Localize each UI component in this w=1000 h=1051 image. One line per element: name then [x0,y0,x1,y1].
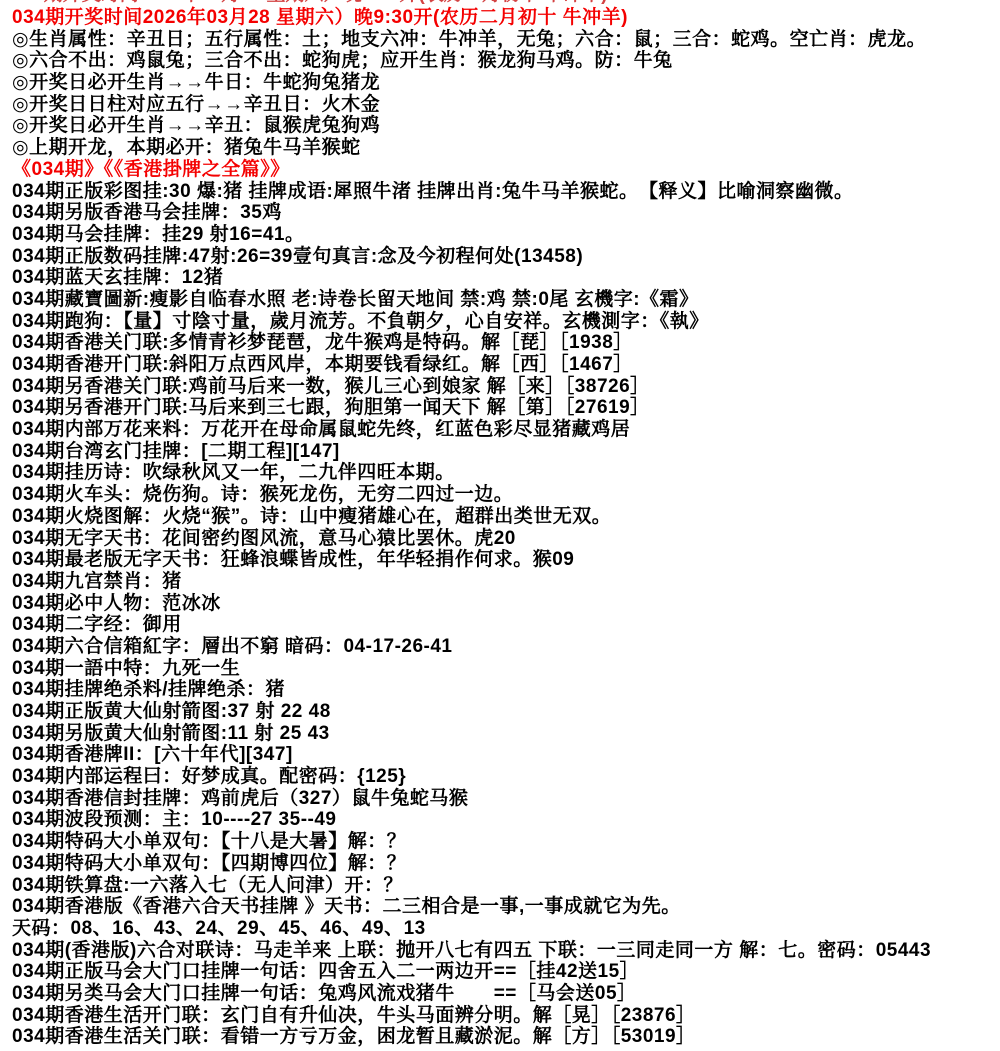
text-line: 034期二字经：御用 [12,614,1000,636]
text-line: ◎上期开龙，本期必开：猪兔牛马羊猴蛇 [12,137,1000,159]
text-line: 034期必中人物：范冰冰 [12,593,1000,615]
clipped-previous-line: 034期开奖时间2026年03月28 星期六）晚9:30开(农历二月初十 牛冲羊… [0,0,1000,7]
text-line: 034期铁算盘:一六落入七（无人问津）开：？ [12,875,1000,897]
text-line: 034期香港牌II：[六十年代][347] [12,744,1000,766]
text-line: 034期挂牌绝杀料/挂牌绝杀：猪 [12,679,1000,701]
text-line: 034期正版数码挂牌:47射:26=39壹句真言:念及今初程何处(13458) [12,246,1000,268]
text-line: 034期波段预测：主：10----27 35--49 [12,809,1000,831]
text-line: 034期香港版《香港六合天书挂牌 》天书：二三相合是一事,一事成就它为先。 [12,896,1000,918]
text-line: 034期火烧图解：火烧“猴”。诗：山中瘦猪雄心在，超群出类世无双。 [12,506,1000,528]
text-line: ◎开奖日必开生肖→→牛日：牛蛇狗兔猪龙 [12,72,1000,94]
text-line: ◎生肖属性：辛丑日；五行属性：土；地支六冲：牛冲羊，无兔；六合：鼠；三合：蛇鸡。… [12,29,1000,51]
text-line: 034期开奖时间2026年03月28 星期六）晚9:30开(农历二月初十 牛冲羊… [12,7,1000,29]
text-line: 034期跑狗：【量】寸陰寸量，歲月流芳。不負朝夕，心自安祥。玄機測字：《執》 [12,311,1000,333]
text-line: 034期正版黄大仙射箭图:37 射 22 48 [12,701,1000,723]
text-line: ◎开奖日必开生肖→→辛丑：鼠猴虎兔狗鸡 [12,115,1000,137]
text-line: 034期正版马会大门口挂牌一句话：四舍五入二一两边开==［挂42送15］ [12,961,1000,983]
clipped-line-text: 034期开奖时间2026年03月28 星期六）晚9:30开(农历二月初十 牛冲羊… [0,0,1000,5]
text-line: 034期特码大小单双句：【十八是大暑】解：？ [12,831,1000,853]
lines: 034期开奖时间2026年03月28 星期六）晚9:30开(农历二月初十 牛冲羊… [0,7,1000,1048]
text-line: 034期香港生活关门联：看错一方亏万金，困龙暂且藏淤泥。解［方］［53019］ [12,1026,1000,1048]
text-line: 天码：08、16、43、24、29、45、46、49、13 [12,918,1000,940]
text-line: 034期九宫禁肖：猪 [12,571,1000,593]
text-line: 034期(香港版)六合对联诗：马走羊来 上联：抛开八七有四五 下联：一三同走同一… [12,940,1000,962]
text-line: 034期蓝天玄挂牌：12猪 [12,267,1000,289]
text-line: 034期另香港开门联:马后来到三七跟，狗胆第一闻天下 解［第］［27619］ [12,397,1000,419]
text-line: 034期另香港关门联:鸡前马后来一数，猴儿三心到娘家 解［来］［38726］ [12,376,1000,398]
text-line: 034期马会挂牌：挂29 射16=41。 [12,224,1000,246]
lottery-info-page: 034期开奖时间2026年03月28 星期六）晚9:30开(农历二月初十 牛冲羊… [0,0,1000,1051]
text-line: 034期另类马会大门口挂牌一句话：兔鸡风流戏猪牛 ==［马会送05］ [12,983,1000,1005]
text-line: ◎开奖日日柱对应五行→→辛丑日：火木金 [12,94,1000,116]
text-line: ◎六合不出：鸡鼠兔；三合不出：蛇狗虎；应开生肖：猴龙狗马鸡。防：牛兔 [12,50,1000,72]
text-line: 034期香港信封挂牌：鸡前虎后（327）鼠牛兔蛇马猴 [12,788,1000,810]
text-line: 034期香港生活开门联：玄门自有升仙决，牛头马面辨分明。解［晃］［23876］ [12,1005,1000,1027]
text-line: 034期另版香港马会挂牌：35鸡 [12,202,1000,224]
text-line: 034期最老版无字天书：狂蜂浪蝶皆成性，年华轻捐作何求。猴09 [12,549,1000,571]
text-line: 034期香港开门联:斜阳万点西风岸，本期要钱看绿红。解［西］［1467］ [12,354,1000,376]
text-line: 034期正版彩图挂:30 爆:猪 挂牌成语:犀照牛渚 挂牌出肖:兔牛马羊猴蛇。 … [12,181,1000,203]
text-line: 034期挂历诗：吹绿秋风又一年，二九伴四旺本期。 [12,462,1000,484]
text-line: 034期火车头：烧伤狗。诗：猴死龙伤，无穷二四过一边。 [12,484,1000,506]
text-line: 034期另版黄大仙射箭图:11 射 25 43 [12,723,1000,745]
text-line: 034期内部万花来料：万花开在母命属鼠蛇先终，红蓝色彩尽显猪藏鸡居 [12,419,1000,441]
text-line: 034期特码大小单双句：【四期博四位】解：？ [12,853,1000,875]
text-line: 034期无字天书：花间密约图风流，意马心猿比罢休。虎20 [12,528,1000,550]
text-line: 034期台湾玄门挂牌：[二期工程][147] [12,441,1000,463]
text-line: 034期香港关门联:多情青衫梦琵琶，龙牛猴鸡是特码。解［琵］［1938］ [12,332,1000,354]
text-line: 034期藏寶圖新:瘦影自临春水照 老:诗卷长留天地间 禁:鸡 禁:0尾 玄機字:… [12,289,1000,311]
text-line: 034期六合信箱紅字：層出不窮 暗码：04-17-26-41 [12,636,1000,658]
text-line: 《034期》《《香港掛牌之全篇》》 [12,159,1000,181]
text-line: 034期一語中特：九死一生 [12,658,1000,680]
text-line: 034期内部运程曰：好梦成真。配密码：{125} [12,766,1000,788]
